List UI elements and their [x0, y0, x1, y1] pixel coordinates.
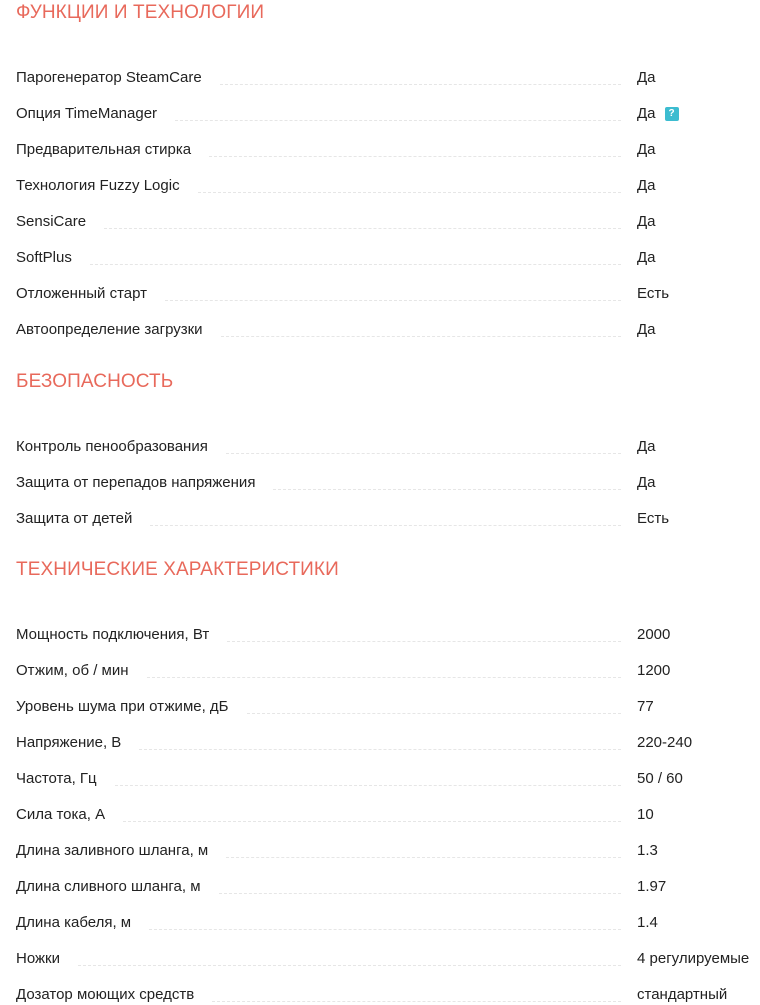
- spec-value: Есть: [637, 510, 669, 528]
- spec-label: Ножки: [16, 950, 78, 968]
- spec-value: Да: [637, 141, 656, 159]
- spec-value-wrap: Есть: [621, 510, 669, 528]
- spec-label-wrap: Опция TimeManager: [16, 105, 621, 123]
- spec-value-wrap: 2000: [621, 626, 670, 644]
- spec-value: Да: [637, 438, 656, 456]
- spec-list: Парогенератор SteamCareДаОпция TimeManag…: [16, 51, 760, 339]
- section-technical: ТЕХНИЧЕСКИЕ ХАРАКТЕРИСТИКИ Мощность подк…: [16, 558, 760, 1004]
- spec-value: 77: [637, 698, 654, 716]
- spec-value: 1200: [637, 662, 670, 680]
- dotted-leader: [226, 857, 621, 858]
- spec-label: Опция TimeManager: [16, 105, 175, 123]
- spec-label-wrap: Технология Fuzzy Logic: [16, 177, 621, 195]
- spec-value-wrap: 50 / 60: [621, 770, 683, 788]
- spec-row: Автоопределение загрузкиДа: [16, 303, 760, 339]
- spec-row: Парогенератор SteamCareДа: [16, 51, 760, 87]
- dotted-leader: [220, 84, 621, 85]
- spec-value: 2000: [637, 626, 670, 644]
- spec-value-wrap: Да: [621, 438, 656, 456]
- spec-label: Сила тока, А: [16, 806, 123, 824]
- spec-row: Дозатор моющих средствстандартный: [16, 968, 760, 1004]
- spec-row: Напряжение, В220-240: [16, 716, 760, 752]
- spec-label-wrap: Защита от детей: [16, 510, 621, 528]
- spec-label-wrap: Дозатор моющих средств: [16, 986, 621, 1004]
- spec-label: Напряжение, В: [16, 734, 139, 752]
- spec-value-wrap: 1.4: [621, 914, 658, 932]
- spec-value-wrap: стандартный: [621, 986, 727, 1004]
- dotted-leader: [78, 965, 621, 966]
- spec-row: Контроль пенообразованияДа: [16, 420, 760, 456]
- dotted-leader: [123, 821, 621, 822]
- spec-value-wrap: Да: [621, 141, 656, 159]
- spec-label-wrap: Напряжение, В: [16, 734, 621, 752]
- spec-label: Дозатор моющих средств: [16, 986, 212, 1004]
- spec-value: 50 / 60: [637, 770, 683, 788]
- spec-label: Контроль пенообразования: [16, 438, 226, 456]
- spec-label: Длина кабеля, м: [16, 914, 149, 932]
- spec-label: Отжим, об / мин: [16, 662, 147, 680]
- spec-label: Защита от перепадов напряжения: [16, 474, 273, 492]
- dotted-leader: [139, 749, 621, 750]
- spec-list: Мощность подключения, Вт2000Отжим, об / …: [16, 608, 760, 1004]
- spec-row: Длина заливного шланга, м1.3: [16, 824, 760, 860]
- section-title: ФУНКЦИИ И ТЕХНОЛОГИИ: [16, 1, 760, 25]
- question-icon[interactable]: ?: [665, 107, 679, 121]
- spec-row: SoftPlusДа: [16, 231, 760, 267]
- spec-list: Контроль пенообразованияДаЗащита от пере…: [16, 420, 760, 528]
- dotted-leader: [150, 525, 621, 526]
- spec-label-wrap: Длина кабеля, м: [16, 914, 621, 932]
- spec-value: Да: [637, 213, 656, 231]
- spec-row: Отжим, об / мин1200: [16, 644, 760, 680]
- dotted-leader: [115, 785, 621, 786]
- spec-row: Опция TimeManagerДа?: [16, 87, 760, 123]
- spec-value: Да: [637, 177, 656, 195]
- spec-label-wrap: Отложенный старт: [16, 285, 621, 303]
- spec-label: Длина сливного шланга, м: [16, 878, 219, 896]
- section-title: БЕЗОПАСНОСТЬ: [16, 370, 760, 394]
- dotted-leader: [209, 156, 621, 157]
- spec-label-wrap: Защита от перепадов напряжения: [16, 474, 621, 492]
- spec-value: 4 регулируемые: [637, 950, 749, 968]
- spec-value: Да: [637, 474, 656, 492]
- spec-row: Защита от детейЕсть: [16, 492, 760, 528]
- spec-row: Технология Fuzzy LogicДа: [16, 159, 760, 195]
- spec-label: Уровень шума при отжиме, дБ: [16, 698, 247, 716]
- spec-value-wrap: Да: [621, 69, 656, 87]
- spec-label-wrap: Длина заливного шланга, м: [16, 842, 621, 860]
- section-safety: БЕЗОПАСНОСТЬ Контроль пенообразованияДаЗ…: [16, 370, 760, 528]
- spec-label-wrap: Автоопределение загрузки: [16, 321, 621, 339]
- spec-label: Технология Fuzzy Logic: [16, 177, 198, 195]
- dotted-leader: [165, 300, 621, 301]
- spec-value: 1.4: [637, 914, 658, 932]
- dotted-leader: [227, 641, 621, 642]
- dotted-leader: [104, 228, 621, 229]
- spec-value-wrap: Да: [621, 177, 656, 195]
- dotted-leader: [198, 192, 621, 193]
- spec-row: SensiCareДа: [16, 195, 760, 231]
- spec-row: Отложенный стартЕсть: [16, 267, 760, 303]
- spec-value: Есть: [637, 285, 669, 303]
- spec-value: 10: [637, 806, 654, 824]
- spec-value-wrap: 10: [621, 806, 654, 824]
- spec-row: Ножки4 регулируемые: [16, 932, 760, 968]
- spec-label: Длина заливного шланга, м: [16, 842, 226, 860]
- spec-value-wrap: 1.3: [621, 842, 658, 860]
- section-title: ТЕХНИЧЕСКИЕ ХАРАКТЕРИСТИКИ: [16, 558, 760, 582]
- spec-value: Да: [637, 105, 656, 123]
- spec-value-wrap: 77: [621, 698, 654, 716]
- section-functions: ФУНКЦИИ И ТЕХНОЛОГИИ Парогенератор Steam…: [16, 1, 760, 339]
- spec-label-wrap: Парогенератор SteamCare: [16, 69, 621, 87]
- spec-value: 220-240: [637, 734, 692, 752]
- spec-value: Да: [637, 249, 656, 267]
- dotted-leader: [212, 1001, 621, 1002]
- spec-label-wrap: Контроль пенообразования: [16, 438, 621, 456]
- spec-row: Уровень шума при отжиме, дБ77: [16, 680, 760, 716]
- spec-label-wrap: Сила тока, А: [16, 806, 621, 824]
- dotted-leader: [226, 453, 621, 454]
- spec-label: Автоопределение загрузки: [16, 321, 221, 339]
- dotted-leader: [247, 713, 621, 714]
- spec-value: 1.3: [637, 842, 658, 860]
- spec-value-wrap: Да?: [621, 105, 679, 123]
- spec-value-wrap: Да: [621, 213, 656, 231]
- spec-label: Частота, Гц: [16, 770, 115, 788]
- spec-value-wrap: 220-240: [621, 734, 692, 752]
- spec-label-wrap: Отжим, об / мин: [16, 662, 621, 680]
- spec-label-wrap: Длина сливного шланга, м: [16, 878, 621, 896]
- spec-label: SensiCare: [16, 213, 104, 231]
- spec-label-wrap: SensiCare: [16, 213, 621, 231]
- spec-row: Мощность подключения, Вт2000: [16, 608, 760, 644]
- spec-value-wrap: 1200: [621, 662, 670, 680]
- spec-value-wrap: 1.97: [621, 878, 666, 896]
- spec-value-wrap: Есть: [621, 285, 669, 303]
- spec-label: Мощность подключения, Вт: [16, 626, 227, 644]
- spec-value: Да: [637, 69, 656, 87]
- spec-row: Длина кабеля, м1.4: [16, 896, 760, 932]
- dotted-leader: [149, 929, 621, 930]
- spec-label: SoftPlus: [16, 249, 90, 267]
- spec-label: Предварительная стирка: [16, 141, 209, 159]
- spec-row: Защита от перепадов напряженияДа: [16, 456, 760, 492]
- spec-row: Частота, Гц50 / 60: [16, 752, 760, 788]
- spec-value: стандартный: [637, 986, 727, 1004]
- spec-row: Длина сливного шланга, м1.97: [16, 860, 760, 896]
- spec-value-wrap: 4 регулируемые: [621, 950, 749, 968]
- spec-label-wrap: Предварительная стирка: [16, 141, 621, 159]
- dotted-leader: [221, 336, 621, 337]
- spec-value-wrap: Да: [621, 249, 656, 267]
- spec-label: Защита от детей: [16, 510, 150, 528]
- spec-row: Сила тока, А10: [16, 788, 760, 824]
- spec-row: Предварительная стиркаДа: [16, 123, 760, 159]
- dotted-leader: [175, 120, 621, 121]
- dotted-leader: [219, 893, 621, 894]
- spec-value-wrap: Да: [621, 321, 656, 339]
- spec-label: Отложенный старт: [16, 285, 165, 303]
- dotted-leader: [90, 264, 621, 265]
- spec-label-wrap: Частота, Гц: [16, 770, 621, 788]
- spec-label-wrap: Ножки: [16, 950, 621, 968]
- spec-label: Парогенератор SteamCare: [16, 69, 220, 87]
- spec-value-wrap: Да: [621, 474, 656, 492]
- dotted-leader: [273, 489, 621, 490]
- spec-value: 1.97: [637, 878, 666, 896]
- spec-label-wrap: Мощность подключения, Вт: [16, 626, 621, 644]
- spec-label-wrap: Уровень шума при отжиме, дБ: [16, 698, 621, 716]
- dotted-leader: [147, 677, 621, 678]
- spec-value: Да: [637, 321, 656, 339]
- spec-label-wrap: SoftPlus: [16, 249, 621, 267]
